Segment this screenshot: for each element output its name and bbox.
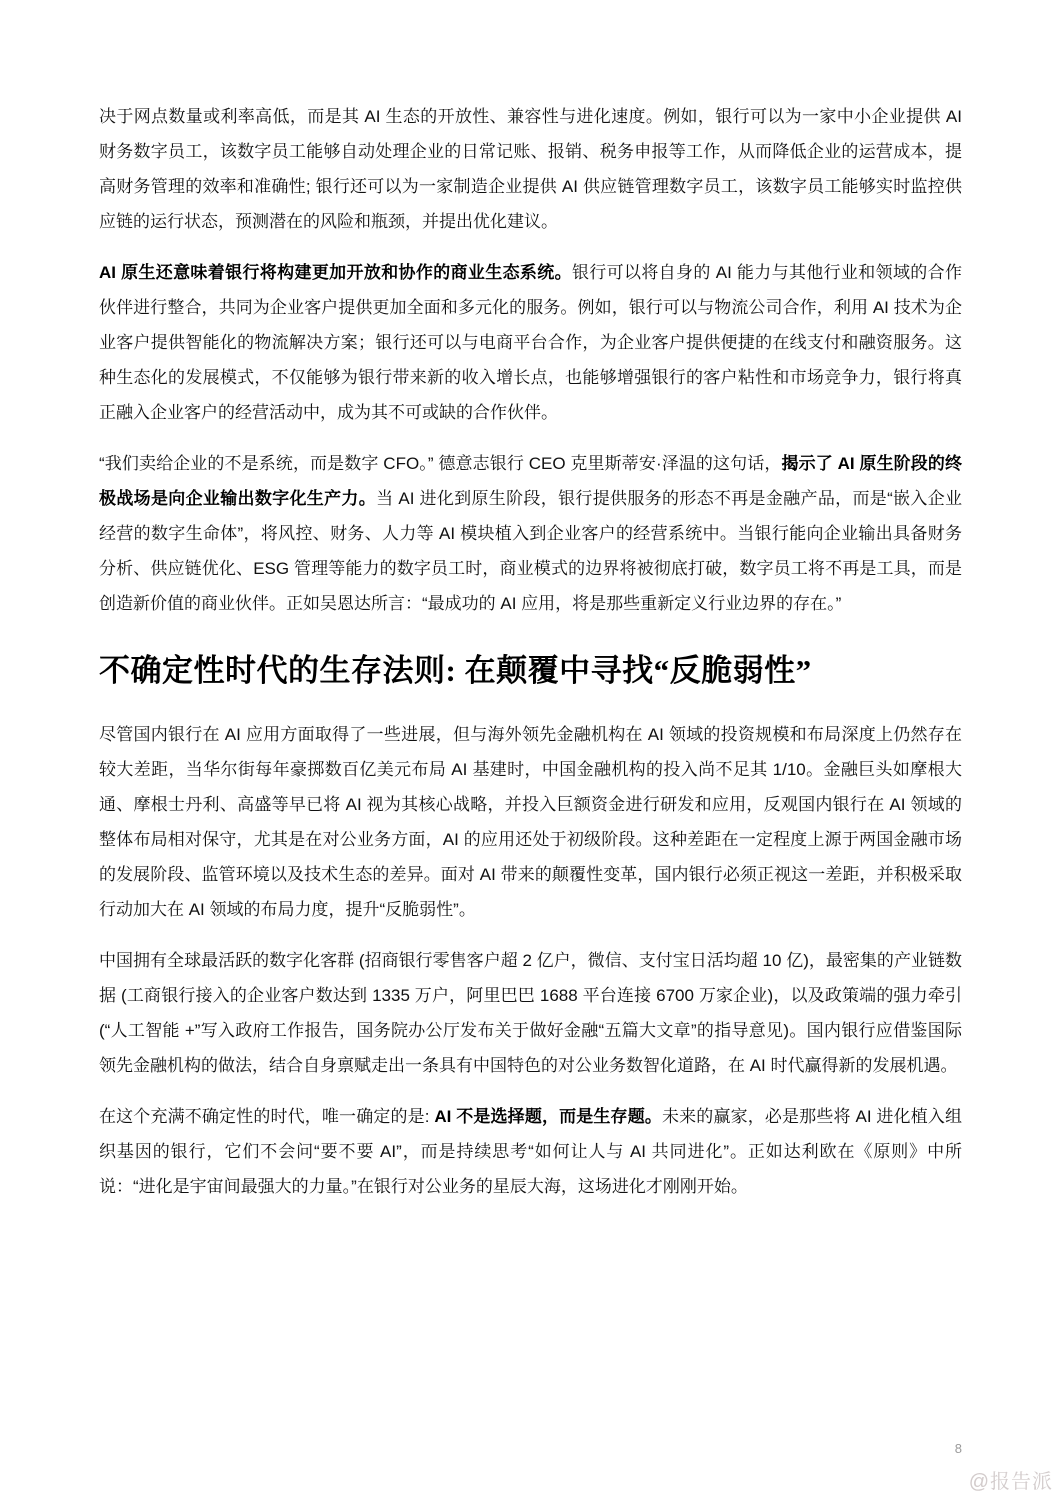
paragraph-text: “我们卖给企业的不是系统，而是数字 CFO。” 德意志银行 CEO 克里斯蒂安·…: [99, 454, 781, 473]
document-page: 决于网点数量或利率高低，而是其 AI 生态的开放性、兼容性与进化速度。例如，银行…: [0, 0, 1061, 1500]
paragraph-bold-lead: AI 原生还意味着银行将构建更加开放和协作的商业生态系统。: [99, 263, 572, 282]
paragraph-text: 银行可以将自身的 AI 能力与其他行业和领域的合作伙伴进行整合，共同为企业客户提…: [99, 263, 962, 422]
section-heading: 不确定性时代的生存法则: 在颠覆中寻找“反脆弱性”: [99, 651, 962, 691]
paragraph: 决于网点数量或利率高低，而是其 AI 生态的开放性、兼容性与进化速度。例如，银行…: [99, 99, 962, 239]
paragraph: 中国拥有全球最活跃的数字化客群 (招商银行零售客户超 2 亿户，微信、支付宝日活…: [99, 943, 962, 1083]
paragraph: “我们卖给企业的不是系统，而是数字 CFO。” 德意志银行 CEO 克里斯蒂安·…: [99, 446, 962, 621]
paragraph-bold-emphasis: AI 不是选择题，而是生存题。: [434, 1107, 662, 1126]
paragraph-text: 决于网点数量或利率高低，而是其 AI 生态的开放性、兼容性与进化速度。例如，银行…: [99, 107, 962, 231]
paragraph: AI 原生还意味着银行将构建更加开放和协作的商业生态系统。银行可以将自身的 AI…: [99, 255, 962, 430]
paragraph-text: 中国拥有全球最活跃的数字化客群 (招商银行零售客户超 2 亿户，微信、支付宝日活…: [99, 951, 962, 1075]
paragraph: 在这个充满不确定性的时代，唯一确定的是: AI 不是选择题，而是生存题。未来的赢…: [99, 1099, 962, 1204]
paragraph-text: 尽管国内银行在 AI 应用方面取得了一些进展，但与海外领先金融机构在 AI 领域…: [99, 725, 962, 919]
watermark: @报告派: [969, 1470, 1053, 1494]
paragraph-text: 在这个充满不确定性的时代，唯一确定的是:: [99, 1107, 434, 1126]
body-text: 决于网点数量或利率高低，而是其 AI 生态的开放性、兼容性与进化速度。例如，银行…: [99, 99, 962, 1220]
paragraph: 尽管国内银行在 AI 应用方面取得了一些进展，但与海外领先金融机构在 AI 领域…: [99, 717, 962, 927]
page-number: 8: [955, 1441, 962, 1457]
